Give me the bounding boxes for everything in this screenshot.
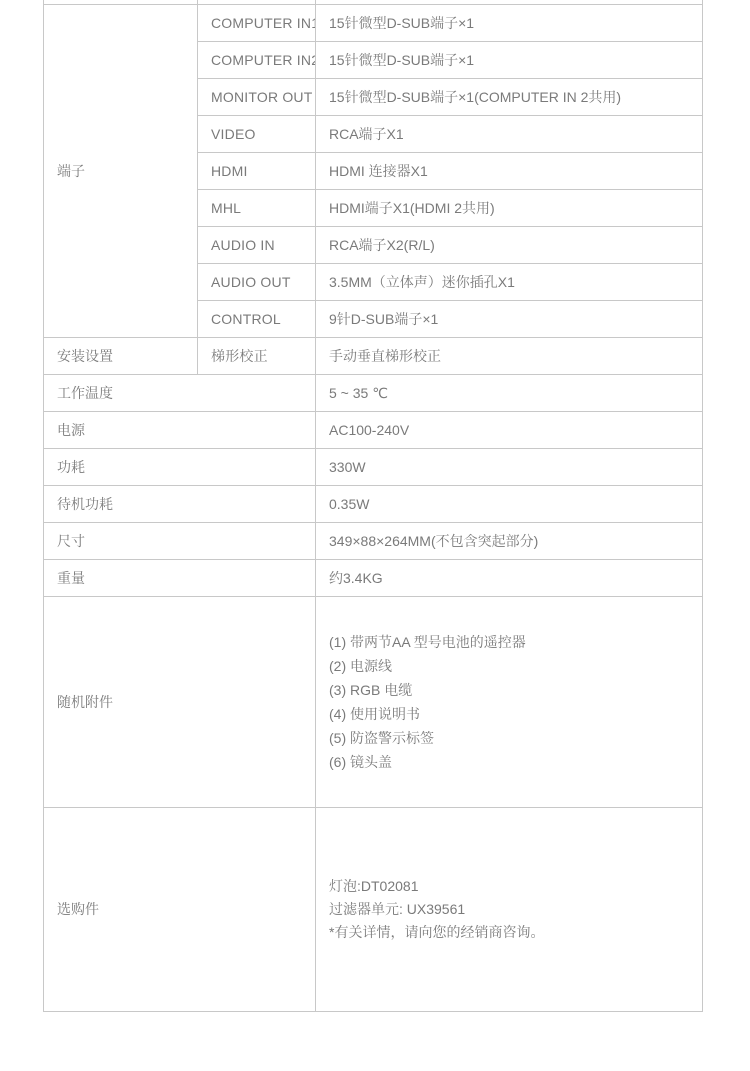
category-label: 电源 — [44, 411, 316, 448]
accessory-item: (6) 镜头盖 — [329, 750, 696, 774]
row-value: AC100-240V — [316, 411, 703, 448]
optional-parts-list: 灯泡:DT02081 过滤器单元: UX39561 *有关详情，请向您的经销商咨… — [316, 807, 703, 1011]
port-label: MHL — [198, 189, 316, 226]
row-value: 349×88×264MM(不包含突起部分) — [316, 522, 703, 559]
table-row-accessories: 随机附件 (1) 带两节AA 型号电池的遥控器 (2) 电源线 (3) RGB … — [44, 596, 703, 807]
optional-part-line: 灯泡:DT02081 — [329, 875, 696, 898]
row-value: 330W — [316, 448, 703, 485]
table-row-computer-in1: 端子 COMPUTER IN1 15针微型D-SUB端子×1 — [44, 4, 703, 41]
category-label: 待机功耗 — [44, 485, 316, 522]
accessories-list: (1) 带两节AA 型号电池的遥控器 (2) 电源线 (3) RGB 电缆 (4… — [316, 596, 703, 807]
row-value: 5 ~ 35 ℃ — [316, 374, 703, 411]
port-label: AUDIO OUT — [198, 263, 316, 300]
table-row-optional-parts: 选购件 灯泡:DT02081 过滤器单元: UX39561 *有关详情，请向您的… — [44, 807, 703, 1011]
row-value: 约3.4KG — [316, 559, 703, 596]
port-label: HDMI — [198, 152, 316, 189]
accessory-item: (5) 防盗警示标签 — [329, 726, 696, 750]
terminal-category-cell: 端子 — [44, 4, 198, 337]
spec-table-container: 端子 COMPUTER IN1 15针微型D-SUB端子×1 COMPUTER … — [43, 0, 702, 1012]
port-value: HDMI端子X1(HDMI 2共用) — [316, 189, 703, 226]
category-label: 功耗 — [44, 448, 316, 485]
row-value: 手动垂直梯形校正 — [316, 337, 703, 374]
table-row-operating-temp: 工作温度 5 ~ 35 ℃ — [44, 374, 703, 411]
spec-table: 端子 COMPUTER IN1 15针微型D-SUB端子×1 COMPUTER … — [43, 0, 703, 1012]
sub-label: 梯形校正 — [198, 337, 316, 374]
port-value: 15针微型D-SUB端子×1 — [316, 41, 703, 78]
category-label: 随机附件 — [44, 596, 316, 807]
port-value: RCA端子X1 — [316, 115, 703, 152]
port-value: 15针微型D-SUB端子×1(COMPUTER IN 2共用) — [316, 78, 703, 115]
port-value: RCA端子X2(R/L) — [316, 226, 703, 263]
port-label: COMPUTER IN1 — [198, 4, 316, 41]
port-label: AUDIO IN — [198, 226, 316, 263]
category-label: 选购件 — [44, 807, 316, 1011]
port-label: CONTROL — [198, 300, 316, 337]
accessory-item: (1) 带两节AA 型号电池的遥控器 — [329, 630, 696, 654]
port-value: 3.5MM（立体声）迷你插孔X1 — [316, 263, 703, 300]
port-value: HDMI 连接器X1 — [316, 152, 703, 189]
row-value: 0.35W — [316, 485, 703, 522]
port-value: 15针微型D-SUB端子×1 — [316, 4, 703, 41]
optional-part-line: *有关详情，请向您的经销商咨询。 — [329, 921, 696, 944]
accessory-item: (3) RGB 电缆 — [329, 678, 696, 702]
table-row-weight: 重量 约3.4KG — [44, 559, 703, 596]
table-row-power-consumption: 功耗 330W — [44, 448, 703, 485]
accessory-item: (4) 使用说明书 — [329, 702, 696, 726]
port-label: COMPUTER IN2 — [198, 41, 316, 78]
port-label: VIDEO — [198, 115, 316, 152]
table-row-power-supply: 电源 AC100-240V — [44, 411, 703, 448]
optional-part-line: 过滤器单元: UX39561 — [329, 898, 696, 921]
category-label: 尺寸 — [44, 522, 316, 559]
category-label: 重量 — [44, 559, 316, 596]
table-row-install-settings: 安装设置 梯形校正 手动垂直梯形校正 — [44, 337, 703, 374]
table-row-standby-power: 待机功耗 0.35W — [44, 485, 703, 522]
category-label: 工作温度 — [44, 374, 316, 411]
table-row-dimensions: 尺寸 349×88×264MM(不包含突起部分) — [44, 522, 703, 559]
accessory-item: (2) 电源线 — [329, 654, 696, 678]
category-label: 安装设置 — [44, 337, 198, 374]
port-label: MONITOR OUT — [198, 78, 316, 115]
port-value: 9针D-SUB端子×1 — [316, 300, 703, 337]
